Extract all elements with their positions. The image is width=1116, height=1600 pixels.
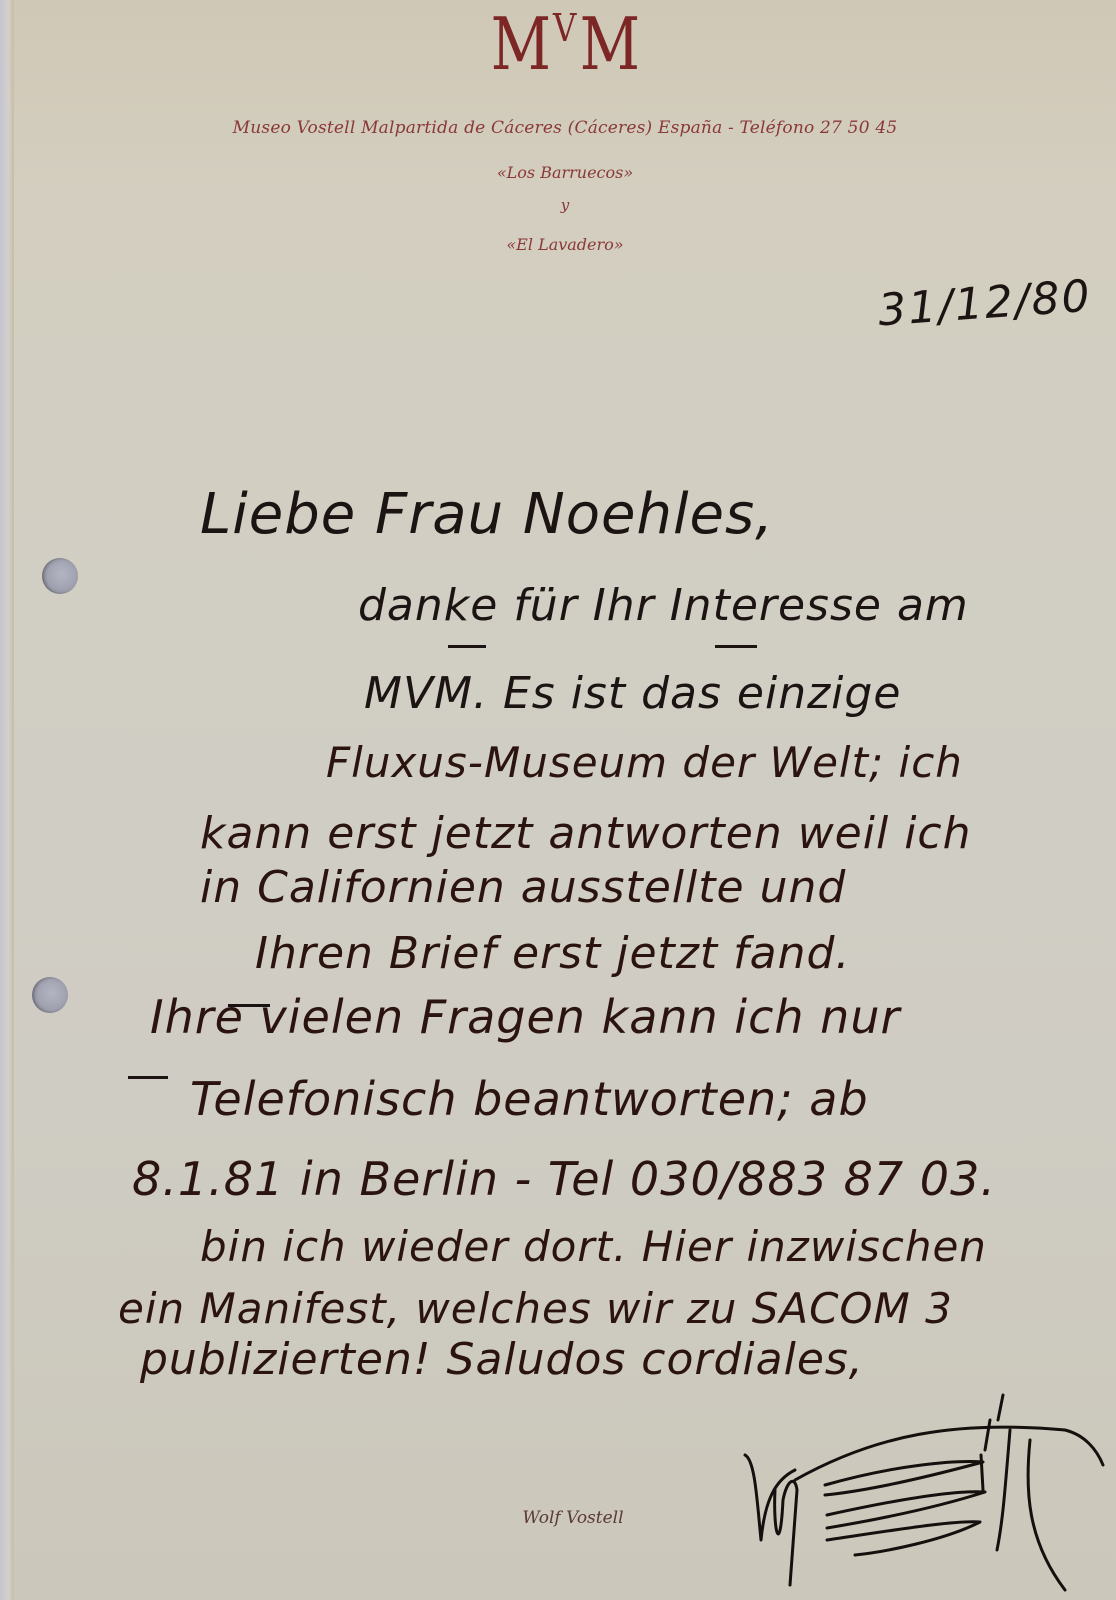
body-line-4: kann erst jetzt antworten weil ich xyxy=(200,808,972,859)
body-line-9: 8.1.81 in Berlin - Tel 030/883 87 03. xyxy=(132,1152,996,1206)
location-conjunction: y xyxy=(14,196,1116,214)
underline-ihre xyxy=(128,1076,168,1079)
underline-interesse xyxy=(715,645,757,648)
body-line-6: Ihren Brief erst jetzt fand. xyxy=(255,928,850,979)
salutation: Liebe Frau Noehles, xyxy=(200,482,774,547)
underline-ihr xyxy=(448,645,486,648)
location-los-barruecos: «Los Barruecos» xyxy=(14,163,1116,182)
body-line-7: Ihre vielen Fragen kann ich nur xyxy=(150,990,900,1044)
paper-edge xyxy=(0,0,14,1600)
body-line-10: bin ich wieder dort. Hier inzwischen xyxy=(200,1222,987,1271)
location-el-lavadero: «El Lavadero» xyxy=(14,235,1116,254)
museum-address: Museo Vostell Malpartida de Cáceres (Các… xyxy=(14,118,1116,138)
punch-hole-top xyxy=(42,558,78,594)
body-line-1: danke für Ihr Interesse am xyxy=(358,580,969,631)
logo-letter-v: V xyxy=(553,9,576,47)
body-line-8: Telefonisch beantworten; ab xyxy=(190,1072,869,1126)
logo-letter-m: M xyxy=(579,8,639,80)
body-line-3: Fluxus-Museum der Welt; ich xyxy=(326,738,963,787)
mvm-logo: MVM xyxy=(14,8,1116,80)
handwritten-signature xyxy=(735,1380,1105,1600)
punch-hole-bottom xyxy=(32,977,68,1013)
body-line-12: publizierten! Saludos cordiales, xyxy=(140,1334,864,1385)
body-line-2: MVM. Es ist das einzige xyxy=(364,668,901,719)
printed-signature-name: Wolf Vostell xyxy=(0,1508,1116,1528)
body-line-11: ein Manifest, welches wir zu SACOM 3 xyxy=(118,1284,953,1333)
body-line-5: in Californien ausstellte und xyxy=(200,862,846,913)
logo-letter-m: M xyxy=(490,8,550,80)
